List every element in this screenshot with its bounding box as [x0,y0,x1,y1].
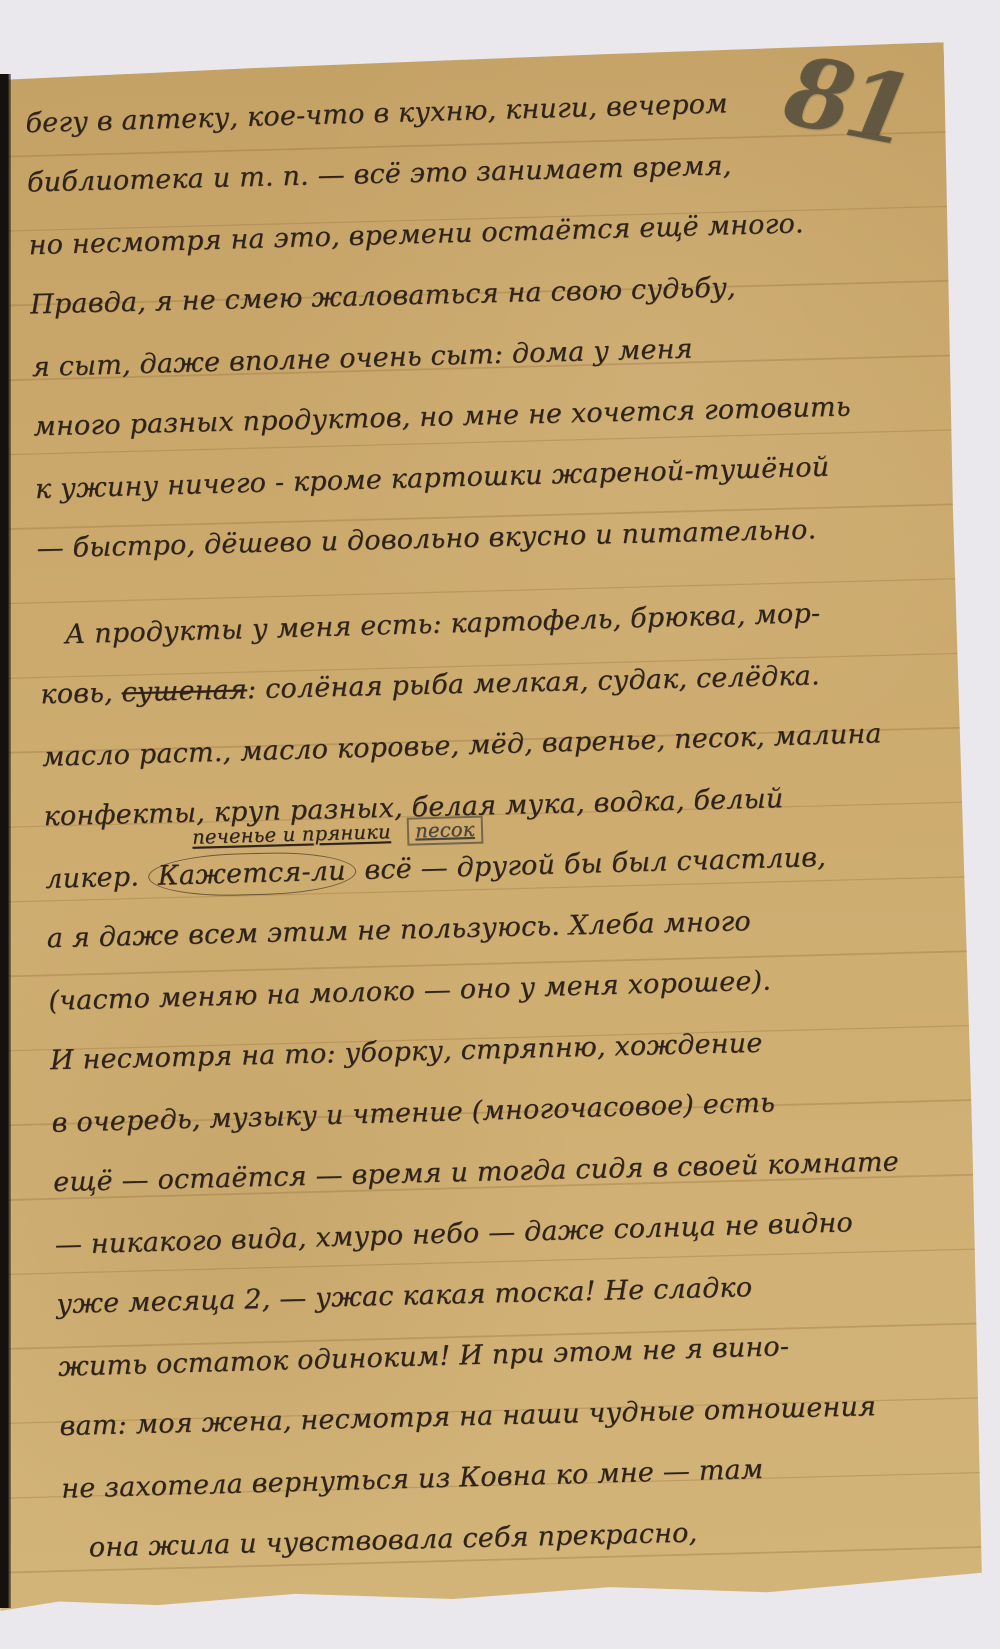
line-text: всё — другой бы был счастлив, [355,842,826,886]
line-text: ковь, [40,677,122,710]
pencil-page-number: 81 [776,33,917,167]
line-text: : солёная рыба мелкая, судак, селёдка. [247,660,820,705]
pencil-boxed-word: песок [407,816,483,846]
scanned-letter-page: { "doc": { "kind": "handwritten letter p… [0,0,1000,1649]
scanner-edge-shadow [0,74,11,1608]
line-text: ликер. [45,861,148,895]
paper-sheet: бегу в аптеку, кое-что в кухню, книги, в… [0,42,984,1615]
letter-body: бегу в аптеку, кое-что в кухню, книги, в… [25,69,950,1580]
circled-word: Кажется-ли [147,850,356,898]
struck-out-word: сушеная [121,674,247,708]
inserted-words: печенье и пряники [192,820,391,849]
